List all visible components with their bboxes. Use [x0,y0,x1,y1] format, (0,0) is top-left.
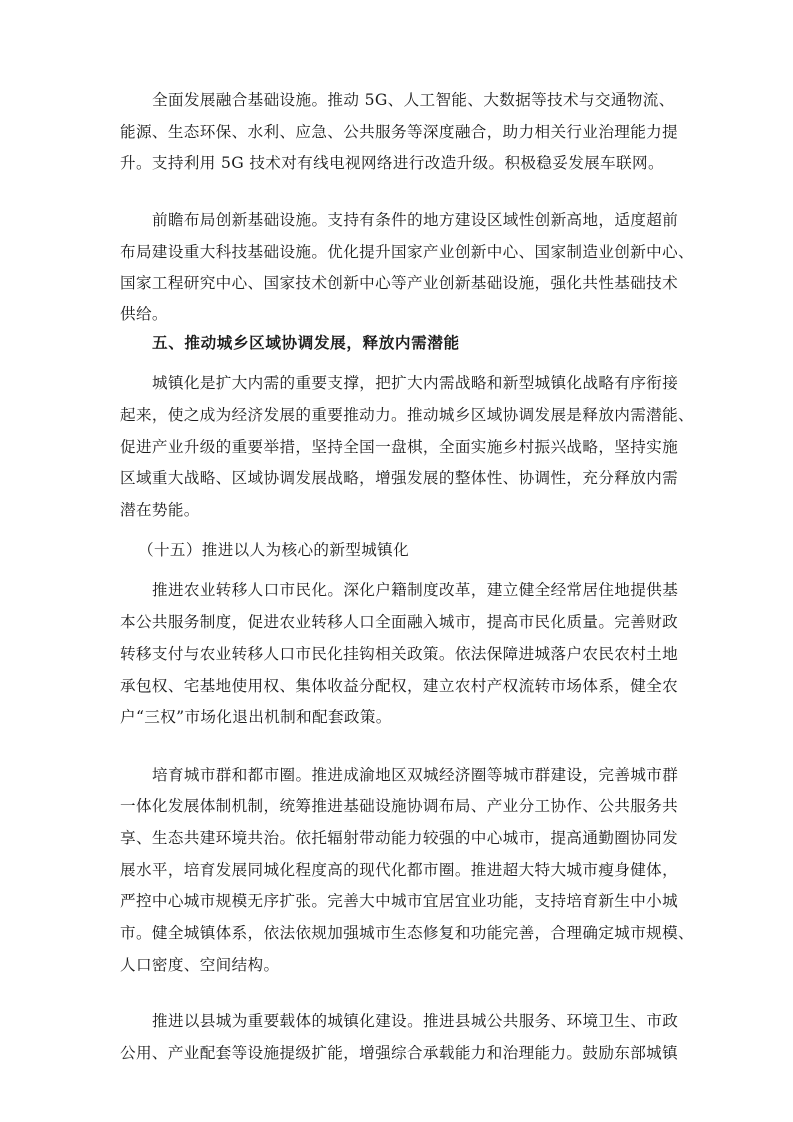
paragraph-line: 推进农业转移人口市民化。深化户籍制度改革，建立健全经常居住地提供基 [152,580,680,600]
paragraph-line: 承包权、宅基地使用权、集体收益分配权，建立农村产权流转市场体系，健全农 [120,676,680,696]
paragraph-line: 推进以县城为重要载体的城镇化建设。推进县城公共服务、环境卫生、市政 [152,1011,680,1031]
paragraph-line: 享、生态共建环境共治。依托辐射带动能力较强的中心城市，提高通勤圈协同发 [120,828,680,848]
paragraph-line: 市。健全城镇体系，依法依规加强城市生态修复和功能完善，合理确定城市规模、 [120,923,680,943]
paragraph-line: 促进产业升级的重要举措，坚持全国一盘棋，全面实施乡村振兴战略，坚持实施 [120,437,680,457]
document-page: 全面发展融合基础设施。推动 5G、人工智能、大数据等技术与交通物流、 能源、生态… [0,0,793,1122]
paragraph-line: 起来，使之成为经济发展的重要推动力。推动城乡区域协调发展是释放内需潜能、 [120,405,680,425]
paragraph-line: 展水平，培育发展同城化程度高的现代化都市圈。推进超大特大城市瘦身健体， [120,860,680,880]
paragraph-line: 全面发展融合基础设施。推动 5G、人工智能、大数据等技术与交通物流、 [152,90,680,110]
paragraph-line: 严控中心城市规模无序扩张。完善大中城市宜居宜业功能，支持培育新生中小城 [120,891,680,911]
paragraph-line: 布局建设重大科技基础设施。优化提升国家产业创新中心、国家制造业创新中心、 [120,242,680,262]
paragraph-line: 升。支持利用 5G 技术对有线电视网络进行改造升级。积极稳妥发展车联网。 [120,153,680,173]
paragraph-line: 城镇化是扩大内需的重要支撑，把扩大内需战略和新型城镇化战略有序衔接 [152,373,680,393]
subsection-heading: （十五）推进以人为核心的新型城镇化 [138,540,698,560]
paragraph-line: 转移支付与农业转移人口市民化挂钩相关政策。依法保障进城落户农民农村土地 [120,644,680,664]
paragraph-line: 潜在势能。 [120,500,680,520]
paragraph-line: 国家工程研究中心、国家技术创新中心等产业创新基础设施，强化共性基础技术 [120,273,680,293]
paragraph-line: 培育城市群和都市圈。推进成渝地区双城经济圈等城市群建设，完善城市群 [152,765,680,785]
paragraph-line: 供给。 [120,304,680,324]
paragraph-line: 能源、生态环保、水利、应急、公共服务等深度融合，助力相关行业治理能力提 [120,122,680,142]
paragraph-line: 公用、产业配套等设施提级扩能，增强综合承载能力和治理能力。鼓励东部城镇 [120,1043,680,1063]
section-heading: 五、推动城乡区域协调发展，释放内需潜能 [152,333,680,353]
paragraph-line: 一体化发展体制机制，统筹推进基础设施协调布局、产业分工协作、公共服务共 [120,796,680,816]
paragraph-line: 前瞻布局创新基础设施。支持有条件的地方建设区域性创新高地，适度超前 [152,210,680,230]
paragraph-line: 户“三权”市场化退出机制和配套政策。 [120,707,680,727]
paragraph-line: 区域重大战略、区域协调发展战略，增强发展的整体性、协调性，充分释放内需 [120,468,680,488]
paragraph-line: 人口密度、空间结构。 [120,955,680,975]
paragraph-line: 本公共服务制度，促进农业转移人口全面融入城市，提高市民化质量。完善财政 [120,612,680,632]
